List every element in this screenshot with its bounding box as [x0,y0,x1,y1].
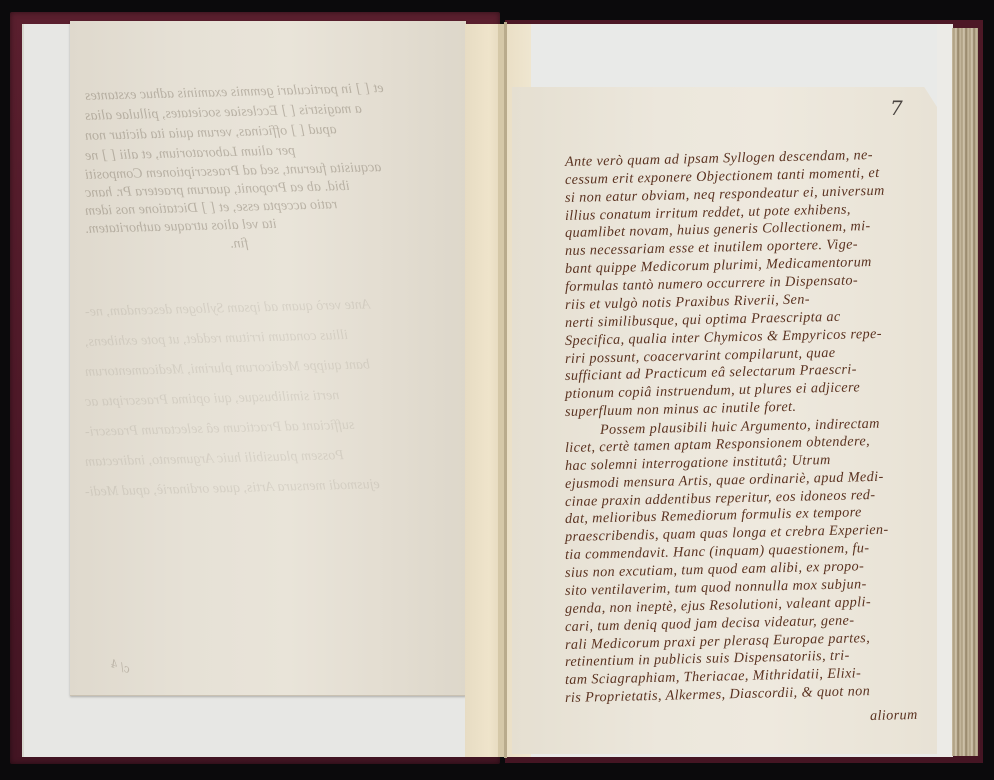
guard-sheet-edge [937,24,953,757]
page-number: 7 [890,96,903,120]
catchword: aliorum [870,707,930,725]
page-edge-stack [952,28,980,756]
